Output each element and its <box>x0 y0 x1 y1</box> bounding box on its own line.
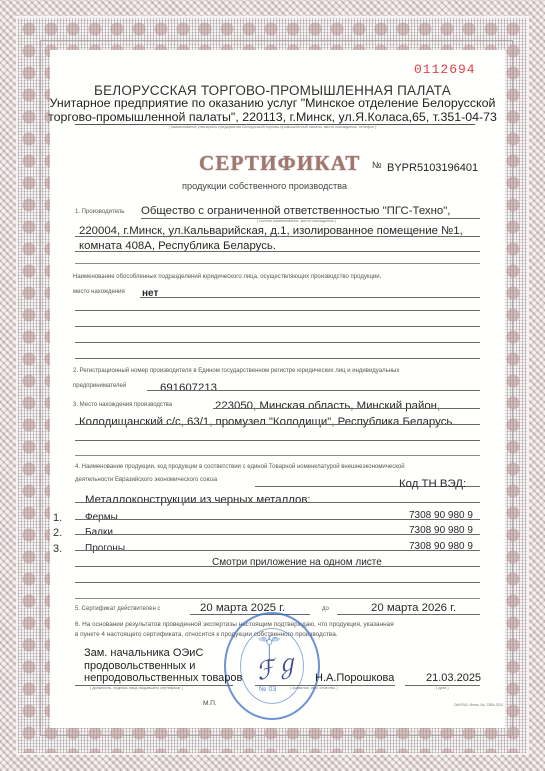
certificate-title: СЕРТИФИКАТ <box>199 151 361 176</box>
rule <box>75 598 480 599</box>
signer-position-3: непродовольственных товаров <box>84 672 242 684</box>
stamp-place-label: М.П. <box>203 700 217 707</box>
signer-name: Н.А.Порошкова <box>315 672 394 684</box>
form-footer-code: ОАИРШЗ, Минск, бж. 2382к-2024 <box>454 703 503 707</box>
product-name: Балки <box>85 527 113 538</box>
stamp-number: № 03 <box>259 686 276 693</box>
issuer-caption: ( наименование унитарного предприятия Бе… <box>0 125 545 129</box>
production-address-1: 223050, Минская область, Минский район, <box>215 400 440 412</box>
registration-number: 691607213 <box>160 382 217 394</box>
serial-number: 0112694 <box>414 62 476 77</box>
issuer-line-2: торгово-промышленной палаты", 220113, г.… <box>0 110 545 124</box>
valid-to-label: до <box>322 606 329 612</box>
issuer-line-1: Унитарное предприятие по оказанию услуг … <box>0 96 545 110</box>
rule <box>75 263 480 264</box>
product-group-title: Металлоконструкции из черных металлов: <box>85 494 311 506</box>
rule <box>75 582 480 583</box>
section3-label: 3. Место нахождения производства <box>73 402 172 408</box>
rule <box>75 310 480 311</box>
rule <box>75 519 480 520</box>
signature-date: 21.03.2025 <box>426 672 481 684</box>
product-number: 2. <box>53 527 62 539</box>
rule <box>75 342 480 343</box>
certificate-number-label: № <box>372 160 382 170</box>
subdivisions-label-2: место нахождения <box>73 289 125 295</box>
signer-name-caption: ( фамилия, имя, отчество ) <box>290 686 338 690</box>
rule <box>75 534 480 535</box>
subdivisions-label-1: Наименование обособленных подразделений … <box>73 274 381 280</box>
section4-label-2: деятельности Евразийского экономического… <box>75 477 217 483</box>
certificate-number: BYPR5103196401 <box>387 162 478 174</box>
rule <box>75 550 480 551</box>
rule <box>337 614 480 615</box>
rule <box>75 440 480 441</box>
rule <box>75 424 480 425</box>
rule <box>75 455 480 456</box>
rule <box>75 502 480 503</box>
certificate-subtitle: продукции собственного производства <box>182 181 347 191</box>
signer-position-caption: ( должность, подпись лица, выдавшего сер… <box>90 686 183 690</box>
producer-name: Общество с ограниченной ответственностью… <box>141 205 450 217</box>
rule <box>75 326 480 327</box>
rule <box>75 566 480 567</box>
section2-label-1: 2. Регистрационный номер производителя в… <box>73 368 399 374</box>
rule <box>140 297 480 298</box>
product-number: 3. <box>53 543 62 555</box>
section2-label-2: предпринимателей <box>73 383 126 389</box>
rule <box>147 390 480 391</box>
signer-position-2: продовольственных и <box>84 660 195 672</box>
section6-line-1: 6. На основании результатов проведенной … <box>75 621 394 628</box>
production-address-2: Колодищанский с/с, 63/1, промузел "Колод… <box>79 416 455 428</box>
code-header: Код ТН ВЭД: <box>399 478 466 490</box>
rule <box>190 614 310 615</box>
product-number: 1. <box>53 512 62 524</box>
section5-label: 5. Сертификат действителен с <box>75 606 160 612</box>
valid-to: 20 марта 2026 г. <box>371 602 456 614</box>
rule <box>75 358 480 359</box>
rule <box>75 251 480 252</box>
section4-label-1: 4. Наименование продукции, код продукции… <box>75 464 405 470</box>
section1-caption: ( полное наименование, место нахождения … <box>257 219 336 223</box>
section1-label: 1. Производитель <box>75 209 124 215</box>
product-name: Прогоны <box>85 543 125 554</box>
rule <box>213 408 480 409</box>
product-name: Фермы <box>85 512 118 523</box>
signer-position-1: Зам. начальника ОЭиС <box>84 647 203 659</box>
signature-date-caption: ( дата ) <box>436 686 449 690</box>
rule <box>75 236 480 237</box>
